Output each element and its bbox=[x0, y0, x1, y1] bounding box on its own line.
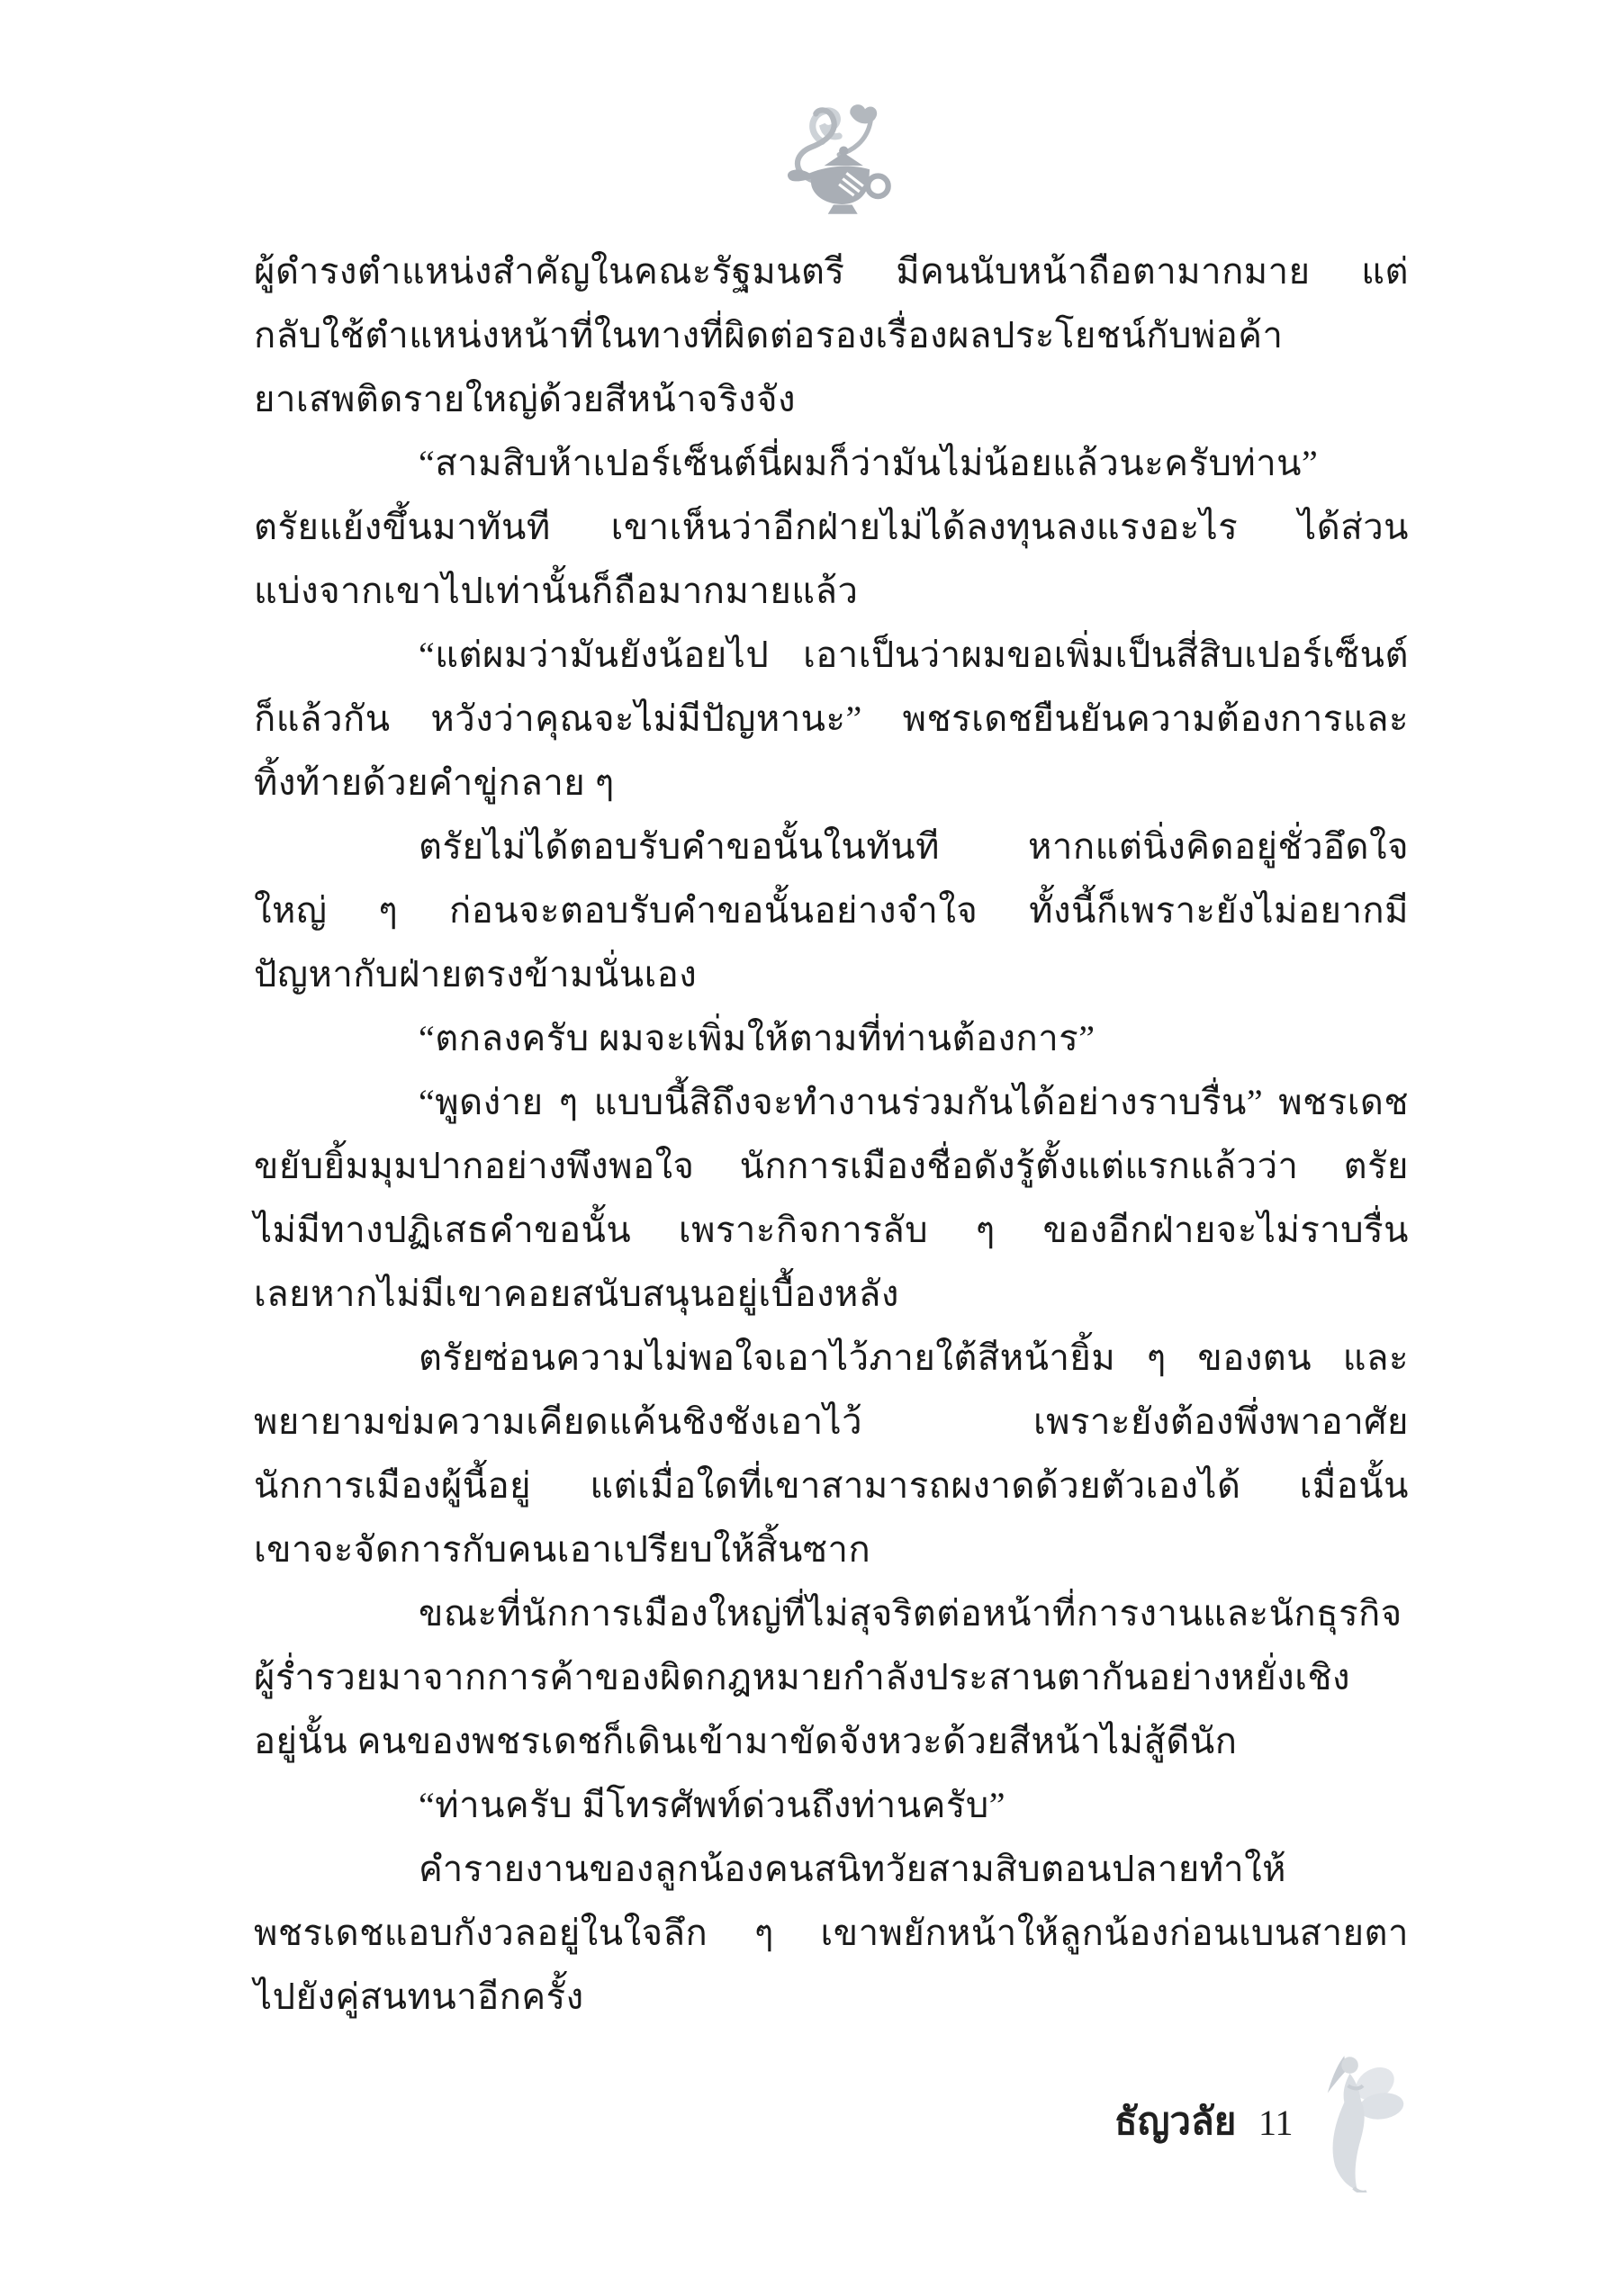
text-line: “สามสิบห้าเปอร์เซ็นต์นี่ผมก็ว่ามันไม่น้อ… bbox=[254, 431, 1409, 495]
text-line: ไม่มีทางปฏิเสธคำขอนั้น เพราะกิจการลับ ๆ … bbox=[254, 1198, 1409, 1262]
text-line: แบ่งจากเขาไปเท่านั้นก็ถือมากมายแล้ว bbox=[254, 559, 1409, 623]
text-line: ขณะที่นักการเมืองใหญ่ที่ไม่สุจริตต่อหน้า… bbox=[254, 1581, 1409, 1645]
text-line: ยาเสพติดรายใหญ่ด้วยสีหน้าจริงจัง bbox=[254, 367, 1409, 431]
text-line: นักการเมืองผู้นี้อยู่ แต่เมื่อใดที่เขาสา… bbox=[254, 1454, 1409, 1517]
page-body-text: ผู้ดำรงตำแหน่งสำคัญในคณะรัฐมนตรี มีคนนับ… bbox=[254, 239, 1409, 2029]
text-line: พชรเดชแอบกังวลอยู่ในใจลึก ๆ เขาพยักหน้าใ… bbox=[254, 1901, 1409, 1965]
text-line: พยายามข่มความเคียดแค้นชิงชังเอาไว้ เพราะ… bbox=[254, 1390, 1409, 1454]
text-line: ใหญ่ ๆ ก่อนจะตอบรับคำขอนั้นอย่างจำใจ ทั้… bbox=[254, 878, 1409, 942]
book-title: ธัญวลัย bbox=[1114, 2101, 1236, 2142]
text-line: คำรายงานของลูกน้องคนสนิทวัยสามสิบตอนปลาย… bbox=[254, 1837, 1409, 1901]
book-page: ผู้ดำรงตำแหน่งสำคัญในคณะรัฐมนตรี มีคนนับ… bbox=[0, 0, 1605, 2296]
page-number: 11 bbox=[1258, 2103, 1294, 2143]
text-line: ผู้ดำรงตำแหน่งสำคัญในคณะรัฐมนตรี มีคนนับ… bbox=[254, 239, 1409, 303]
text-line: เลยหากไม่มีเขาคอยสนับสนุนอยู่เบื้องหลัง bbox=[254, 1262, 1409, 1326]
text-line: ไปยังคู่สนทนาอีกครั้ง bbox=[254, 1965, 1409, 2029]
text-line: ก็แล้วกัน หวังว่าคุณจะไม่มีปัญหานะ” พชรเ… bbox=[254, 687, 1409, 751]
text-line: ปัญหากับฝ่ายตรงข้ามนั่นเอง bbox=[254, 942, 1409, 1006]
text-line: ขยับยิ้มมุมปากอย่างพึงพอใจ นักการเมืองชื… bbox=[254, 1134, 1409, 1198]
text-line: “ท่านครับ มีโทรศัพท์ด่วนถึงท่านครับ” bbox=[254, 1773, 1409, 1837]
text-line: อยู่นั้น คนของพชรเดชก็เดินเข้ามาขัดจังหว… bbox=[254, 1709, 1409, 1773]
text-line: “แต่ผมว่ามันยังน้อยไป เอาเป็นว่าผมขอเพิ่… bbox=[254, 623, 1409, 687]
text-line: ผู้ร่ำรวยมาจากการค้าของผิดกฎหมายกำลังประ… bbox=[254, 1645, 1409, 1709]
genie-lamp-ornament-icon bbox=[781, 101, 891, 221]
text-line: กลับใช้ตำแหน่งหน้าที่ในทางที่ผิดต่อรองเร… bbox=[254, 303, 1409, 367]
text-line: ตรัยแย้งขึ้นมาทันที เขาเห็นว่าอีกฝ่ายไม่… bbox=[254, 495, 1409, 559]
text-line: “พูดง่าย ๆ แบบนี้สิถึงจะทำงานร่วมกันได้อ… bbox=[254, 1070, 1409, 1134]
text-line: ตรัยไม่ได้ตอบรับคำขอนั้นในทันที หากแต่นิ… bbox=[254, 815, 1409, 878]
text-line: “ตกลงครับ ผมจะเพิ่มให้ตามที่ท่านต้องการ” bbox=[254, 1006, 1409, 1070]
text-line: ทิ้งท้ายด้วยคำขู่กลาย ๆ bbox=[254, 751, 1409, 815]
text-line: เขาจะจัดการกับคนเอาเปรียบให้สิ้นซาก bbox=[254, 1517, 1409, 1581]
text-line: ตรัยซ่อนความไม่พอใจเอาไว้ภายใต้สีหน้ายิ้… bbox=[254, 1326, 1409, 1390]
fairy-ornament-icon bbox=[1316, 2048, 1410, 2192]
